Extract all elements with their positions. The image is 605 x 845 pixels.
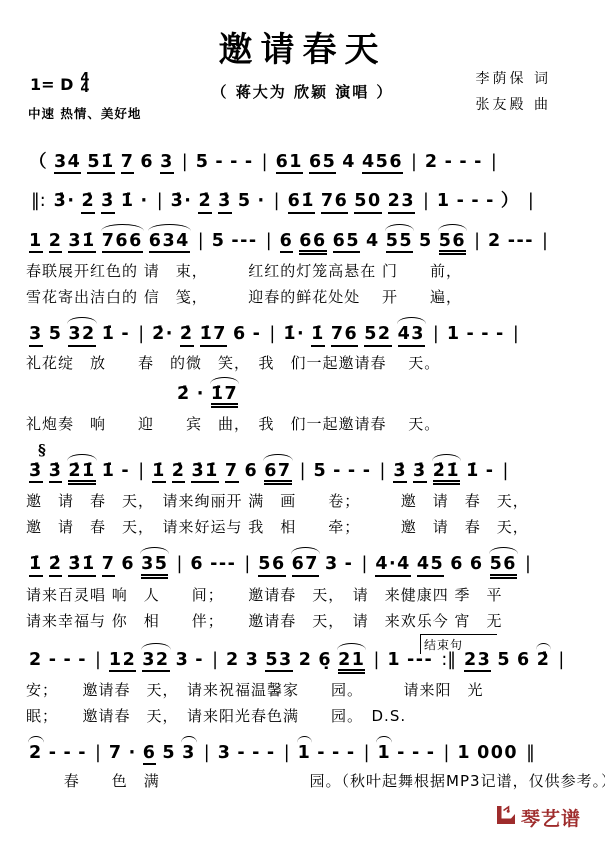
note-token: 2̇1̇ — [68, 462, 95, 485]
system: （3451̇763|5---|61654456|2---| — [26, 142, 579, 174]
note-token: 3̇1̇ — [191, 462, 218, 483]
note-token: - — [230, 153, 239, 174]
note-token: 6 — [233, 325, 247, 346]
note-token: 2 — [226, 651, 240, 672]
note-token: --- — [407, 651, 433, 672]
note-token: 43 — [398, 325, 425, 346]
note-token: - — [49, 651, 58, 672]
note-token: --- — [210, 555, 236, 576]
note-token: 1̇ — [311, 325, 325, 346]
note-token: 3̇ — [218, 192, 232, 213]
bar-line: | — [513, 325, 519, 346]
note-token: 456 — [362, 153, 403, 174]
key-signature: 1= D 4 4 — [30, 74, 89, 94]
note-token: 6 — [140, 153, 154, 174]
note-token: - — [412, 744, 421, 765]
note-token: - — [63, 744, 72, 765]
note-token: 2 — [29, 651, 43, 672]
note-token: - — [252, 744, 261, 765]
note-token: 34 — [54, 153, 81, 174]
note-token: - — [457, 192, 466, 213]
lyric-line: 礼花绽 放 春 的微 笑， 我 们一起邀请春 天。 — [26, 352, 579, 373]
note-token: 50 — [354, 192, 381, 213]
note-token: 1̇ — [466, 462, 480, 483]
bar-line: ‖ — [526, 744, 535, 765]
note-token: 32 — [142, 651, 169, 672]
notation-line: （3451̇763|5---|61654456|2---| — [26, 142, 579, 174]
bar-line: | — [491, 153, 497, 174]
bar-line: | — [138, 462, 144, 483]
note-token: 5 — [212, 232, 226, 253]
note-token: 3̇ — [413, 462, 427, 483]
note-token: 3̇1̇ — [68, 555, 95, 576]
note-token: 2̇ — [180, 325, 194, 346]
note-token: 1 — [387, 651, 401, 672]
bar-line: | — [525, 555, 531, 576]
watermark: 琴艺谱 — [494, 804, 581, 831]
note-token: 6 — [517, 651, 531, 672]
note-token: 2 — [488, 232, 502, 253]
note-token: 3 — [182, 744, 196, 765]
note-token: 7 — [121, 153, 135, 174]
note-token: - — [445, 153, 454, 174]
note-token: 2 — [49, 232, 63, 253]
note-token: 35 — [141, 555, 168, 578]
bar-line: | — [364, 744, 370, 765]
note-token: - — [427, 744, 436, 765]
bar-line: | — [269, 325, 275, 346]
bar-line: | — [558, 651, 564, 672]
bar-line: | — [138, 325, 144, 346]
lyric-line: 雪花寄出洁白的 信 笺， 迎春的鲜花处处 开 遍， — [26, 286, 579, 307]
note-token: 5 — [238, 192, 252, 213]
notation-line: 35321̇-|2̇·2̇1̇76-|1̇·1̇765243|1---| — [26, 314, 579, 346]
note-token: 3 — [176, 651, 190, 672]
note-token: 1̇ — [102, 325, 116, 346]
bar-line: :‖ — [441, 651, 456, 672]
note-token: - — [363, 462, 372, 483]
note-token: 634 — [149, 232, 190, 253]
bar-line: | — [95, 651, 101, 672]
note-token: · — [141, 192, 149, 213]
note-token: 3̇ — [29, 462, 43, 483]
bar-line: | — [300, 462, 306, 483]
score: （3451̇763|5---|61654456|2---|‖:3̇·2̇3̇1̇… — [26, 142, 579, 791]
bar-line: | — [212, 651, 218, 672]
note-token: · — [129, 744, 137, 765]
header: 邀请春天 （ 蒋大为 欣颖 演唱 ） 李荫保 词 张友殿 曲 1= D 4 4 … — [26, 22, 579, 140]
key-label: 1= D — [30, 75, 73, 94]
note-token: 1 — [298, 744, 312, 765]
bar-line: | — [379, 462, 385, 483]
notation-line: 1231̇766634|5---|66665455556|2---| — [26, 221, 579, 255]
bar-line: | — [274, 192, 280, 213]
note-token: 766 — [102, 232, 143, 253]
note-token: 7 — [102, 555, 116, 576]
note-token: 1̇7 — [200, 325, 227, 346]
note-token: --- — [231, 232, 257, 253]
bar-line: | — [433, 325, 439, 346]
note-token: 1̇ — [121, 192, 135, 213]
note-token: 76 — [321, 192, 348, 213]
bar-line: | — [373, 651, 379, 672]
qinyipu-logo-icon — [494, 804, 518, 831]
note-token: 65 — [309, 153, 336, 174]
note-token: 5 — [49, 325, 63, 346]
bar-line: | — [284, 744, 290, 765]
lyric-line: 邀 请 春 天， 请来绚丽开 满 画 卷； 邀 请 春 天， — [26, 490, 579, 511]
system: 1231̇766634|5---|66665455556|2---|春联展开红色… — [26, 221, 579, 307]
note-token: 76 — [331, 325, 358, 346]
note-token: 12 — [109, 651, 136, 672]
bar-line: | — [542, 232, 548, 253]
note-token: 5 — [313, 462, 327, 483]
note-token: 2̇ — [172, 462, 186, 483]
note-token: 6 — [470, 555, 484, 576]
note-token: 5 — [497, 651, 511, 672]
note-token: 1̇ — [152, 462, 166, 483]
note-token: 21 — [338, 651, 365, 674]
note-token: 52 — [364, 325, 391, 346]
note-token: - — [215, 153, 224, 174]
system: 结束句2---|12323-|235326̣21|1---:‖23562̇|安；… — [26, 638, 579, 726]
notation-line: ‖:3̇·2̇3̇1̇·|3̇·2̇3̇5·|61̇765023|1---）| — [26, 181, 579, 213]
lyric-line: 请来幸福与 你 相 伴； 邀请春 天， 请 来欢乐今 宵 无 — [26, 610, 579, 631]
system: 2---|7·653|3---|1---|1---|1000‖ 春 色 满 园。… — [26, 733, 579, 791]
note-token: - — [267, 744, 276, 765]
bar-line: | — [182, 153, 188, 174]
bar-line: | — [176, 555, 182, 576]
bar-line: | — [474, 232, 480, 253]
note-token: - — [253, 325, 262, 346]
note-token: 2 — [425, 153, 439, 174]
notation-line: 2---|7·653|3---|1---|1---|1000‖ — [26, 733, 579, 765]
note-token: 000 — [477, 744, 518, 765]
note-token: 1̇7 — [211, 385, 238, 408]
note-token: 4 — [366, 232, 380, 253]
watermark-label: 琴艺谱 — [521, 804, 581, 831]
note-token: - — [317, 744, 326, 765]
system: 1̇2̇3̇1̇7635|6---|56673-|4·4456656|请来百灵唱… — [26, 544, 579, 630]
bar-line: | — [443, 744, 449, 765]
system: §3̇3̇2̇1̇1̇-|1̇2̇3̇1̇7667|5---|3̇3̇2̇1̇1… — [26, 441, 579, 537]
note-token: 2 — [299, 651, 313, 672]
bar-line: | — [95, 744, 101, 765]
note-token: 56 — [439, 232, 466, 255]
note-token: 6 — [190, 555, 204, 576]
alternate-notes-line: 2̇·1̇7 — [174, 373, 579, 408]
note-token: - — [195, 651, 204, 672]
note-token: 1 — [377, 744, 391, 765]
note-token: 5 — [196, 153, 210, 174]
sheet-music-page: 邀请春天 （ 蒋大为 欣颖 演唱 ） 李荫保 词 张友殿 曲 1= D 4 4 … — [0, 0, 605, 845]
note-token: - — [237, 744, 246, 765]
lyric-line: 春 色 满 园。（秋叶起舞根据MP3记谱，仅供参考。） — [26, 770, 579, 791]
note-token: 1̇ — [102, 462, 116, 483]
note-token: ） — [501, 192, 520, 213]
note-token: - — [63, 651, 72, 672]
note-token: - — [467, 325, 476, 346]
note-token: --- — [508, 232, 534, 253]
note-token: 31̇ — [68, 232, 95, 253]
lyric-line: 邀 请 春 天， 请来好运与 我 相 牵； 邀 请 春 天， — [26, 516, 579, 537]
note-token: 2̇1̇ — [433, 462, 460, 485]
lyric-line: 请来百灵唱 响 人 间； 邀请春 天， 请 来健康四 季 平 — [26, 584, 579, 605]
note-token: - — [459, 153, 468, 174]
note-token: 2 — [29, 744, 43, 765]
bar-line: | — [411, 153, 417, 174]
note-token: 65 — [333, 232, 360, 253]
note-token: - — [481, 325, 490, 346]
note-token: 1 — [437, 192, 451, 213]
note-token: 6 — [143, 744, 157, 765]
note-token: 4 — [342, 153, 356, 174]
note-token: 1 — [447, 325, 461, 346]
note-token: - — [245, 153, 254, 174]
note-token: - — [474, 153, 483, 174]
note-token: 7 — [109, 744, 123, 765]
note-token: 6 — [280, 232, 294, 253]
note-token: 67 — [264, 462, 291, 485]
note-token: - — [121, 462, 130, 483]
note-token: （ — [29, 153, 48, 174]
note-token: 2̇ — [177, 385, 191, 406]
note-token: - — [49, 744, 58, 765]
notation-line: 3̇3̇2̇1̇1̇-|1̇2̇3̇1̇7667|5---|3̇3̇2̇1̇1̇… — [26, 451, 579, 485]
note-token: 5 — [419, 232, 433, 253]
note-token: - — [486, 462, 495, 483]
composer-credit: 张友殿 曲 — [476, 92, 551, 118]
note-token: 23 — [464, 651, 491, 672]
bar-line: | — [361, 555, 367, 576]
note-token: - — [486, 192, 495, 213]
note-token: 32 — [68, 325, 95, 346]
note-token: - — [333, 462, 342, 483]
note-token: 2̇· — [152, 325, 174, 346]
credits: 李荫保 词 张友殿 曲 — [476, 66, 551, 118]
note-token: 3 — [246, 651, 260, 672]
lyricist-credit: 李荫保 词 — [476, 66, 551, 92]
note-token: 2̇ — [81, 192, 95, 213]
note-token: - — [121, 325, 130, 346]
bar-line: | — [198, 232, 204, 253]
note-token: 3̇ — [49, 462, 63, 483]
note-token: 53 — [265, 651, 292, 672]
note-token: 55 — [386, 232, 413, 253]
note-token: 67 — [292, 555, 319, 576]
system: 35321̇-|2̇·2̇1̇76-|1̇·1̇765243|1---|礼花绽 … — [26, 314, 579, 434]
tempo-marking: 中速 热情、美好地 — [28, 104, 141, 122]
note-token: 3̇· — [54, 192, 76, 213]
note-token: 1̇· — [283, 325, 305, 346]
note-token: 3̇· — [171, 192, 193, 213]
note-token: - — [471, 192, 480, 213]
note-token: · — [197, 385, 205, 406]
note-token: 3 — [325, 555, 339, 576]
note-token: 3 — [29, 325, 43, 346]
lyric-line: 眠； 邀请春 天， 请来阳光春色满 园。 D.S. — [26, 705, 579, 726]
note-token: - — [397, 744, 406, 765]
lyric-line: 礼炮奏 响 迎 宾 曲， 我 们一起邀请春 天。 — [26, 413, 579, 434]
note-token: 1 — [29, 232, 43, 253]
bar-line: | — [262, 153, 268, 174]
bar-line: | — [423, 192, 429, 213]
note-token: 56 — [490, 555, 517, 578]
note-token: 6̣ — [318, 651, 332, 672]
note-token: 6 — [245, 462, 259, 483]
note-token: 6 — [121, 555, 135, 576]
page-title: 邀请春天 — [26, 22, 579, 71]
note-token: 51̇ — [87, 153, 114, 174]
note-token: 3̇ — [101, 192, 115, 213]
note-token: 66 — [299, 232, 326, 255]
note-token: 7 — [225, 462, 239, 483]
note-token: · — [258, 192, 266, 213]
bar-line: | — [528, 192, 534, 213]
note-token: 56 — [258, 555, 285, 576]
note-token: 3̇ — [393, 462, 407, 483]
note-token: 6 — [450, 555, 464, 576]
note-token: - — [345, 555, 354, 576]
note-token: 5 — [162, 744, 176, 765]
note-token: - — [78, 651, 87, 672]
time-signature-bottom: 4 — [80, 84, 89, 94]
note-token: 23 — [388, 192, 415, 213]
lyric-line: 安； 邀请春 天， 请来祝福温馨家 园。 请来阳 光 — [26, 679, 579, 700]
note-token: 1̇ — [29, 555, 43, 576]
note-token: 3 — [218, 744, 232, 765]
lyric-line: 春联展开红色的 请 束， 红红的灯笼高悬在 门 前， — [26, 260, 579, 281]
note-token: - — [496, 325, 505, 346]
note-token: 2̇ — [198, 192, 212, 213]
note-token: 61̇ — [288, 192, 315, 213]
note-token: 3 — [160, 153, 174, 174]
note-token: 1 — [457, 744, 471, 765]
bar-line: | — [503, 462, 509, 483]
note-token: 4·4 — [375, 555, 411, 576]
system: ‖:3̇·2̇3̇1̇·|3̇·2̇3̇5·|61̇765023|1---）| — [26, 181, 579, 213]
bar-line: | — [266, 232, 272, 253]
note-token: - — [348, 462, 357, 483]
bar-line: | — [157, 192, 163, 213]
note-token: - — [78, 744, 87, 765]
notation-line: 1̇2̇3̇1̇7635|6---|56673-|4·4456656| — [26, 544, 579, 578]
note-token: 2̇ — [49, 555, 63, 576]
note-token: - — [347, 744, 356, 765]
note-token: - — [332, 744, 341, 765]
note-token: 61 — [276, 153, 303, 174]
time-signature: 4 4 — [80, 74, 89, 94]
bar-line: | — [244, 555, 250, 576]
note-token: 45 — [417, 555, 444, 576]
note-token: 2̇ — [537, 651, 551, 672]
bar-line: ‖: — [31, 192, 46, 213]
bar-line: | — [204, 744, 210, 765]
